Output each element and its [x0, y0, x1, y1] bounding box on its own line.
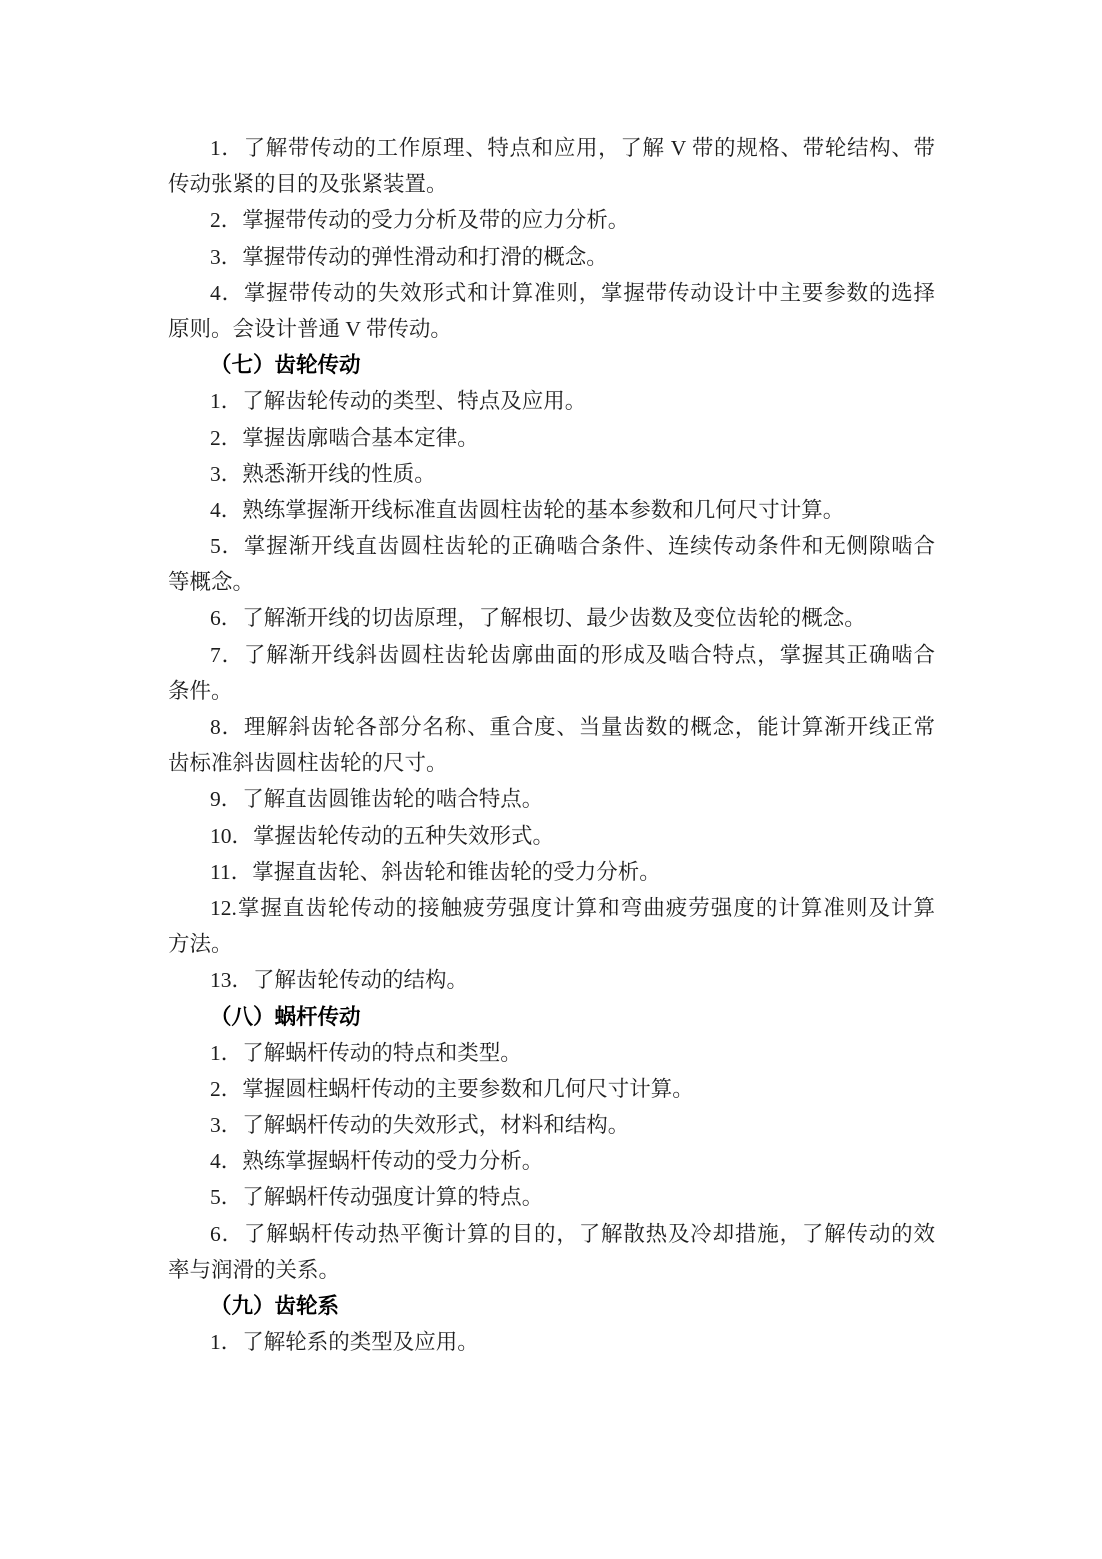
text-line: 6．了解蜗杆传动热平衡计算的目的，了解散热及冷却措施，了解传动的效	[168, 1216, 935, 1252]
document-body: 1．了解带传动的工作原理、特点和应用，了解 V 带的规格、带轮结构、带传动张紧的…	[168, 130, 935, 1360]
text-line: 2．掌握圆柱蜗杆传动的主要参数和几何尺寸计算。	[168, 1071, 935, 1107]
text-line: 7．了解渐开线斜齿圆柱齿轮齿廓曲面的形成及啮合特点，掌握其正确啮合	[168, 637, 935, 673]
text-line: 11．掌握直齿轮、斜齿轮和锥齿轮的受力分析。	[168, 854, 935, 890]
text-line: 1．了解齿轮传动的类型、特点及应用。	[168, 383, 935, 419]
text-line: 4．熟练掌握渐开线标准直齿圆柱齿轮的基本参数和几何尺寸计算。	[168, 492, 935, 528]
text-line: 2．掌握带传动的受力分析及带的应力分析。	[168, 202, 935, 238]
document-page: 1．了解带传动的工作原理、特点和应用，了解 V 带的规格、带轮结构、带传动张紧的…	[0, 0, 1102, 1559]
text-line: 6．了解渐开线的切齿原理，了解根切、最少齿数及变位齿轮的概念。	[168, 600, 935, 636]
text-line: 4．熟练掌握蜗杆传动的受力分析。	[168, 1143, 935, 1179]
text-line: 3．了解蜗杆传动的失效形式，材料和结构。	[168, 1107, 935, 1143]
section-heading: （七）齿轮传动	[168, 347, 935, 383]
text-line: 率与润滑的关系。	[168, 1252, 935, 1288]
text-line: 9．了解直齿圆锥齿轮的啮合特点。	[168, 781, 935, 817]
text-line: 13．了解齿轮传动的结构。	[168, 962, 935, 998]
text-line: 原则。会设计普通 V 带传动。	[168, 311, 935, 347]
text-line: 8．理解斜齿轮各部分名称、重合度、当量齿数的概念，能计算渐开线正常	[168, 709, 935, 745]
text-line: 传动张紧的目的及张紧装置。	[168, 166, 935, 202]
text-line: 1．了解蜗杆传动的特点和类型。	[168, 1035, 935, 1071]
text-line: 方法。	[168, 926, 935, 962]
text-line: 1．了解带传动的工作原理、特点和应用，了解 V 带的规格、带轮结构、带	[168, 130, 935, 166]
text-line: 5．了解蜗杆传动强度计算的特点。	[168, 1179, 935, 1215]
text-line: 10．掌握齿轮传动的五种失效形式。	[168, 818, 935, 854]
text-line: 1．了解轮系的类型及应用。	[168, 1324, 935, 1360]
section-heading: （八）蜗杆传动	[168, 999, 935, 1035]
text-line: 5．掌握渐开线直齿圆柱齿轮的正确啮合条件、连续传动条件和无侧隙啮合	[168, 528, 935, 564]
text-line: 条件。	[168, 673, 935, 709]
text-line: 12.掌握直齿轮传动的接触疲劳强度计算和弯曲疲劳强度的计算准则及计算	[168, 890, 935, 926]
section-heading: （九）齿轮系	[168, 1288, 935, 1324]
text-line: 齿标准斜齿圆柱齿轮的尺寸。	[168, 745, 935, 781]
text-line: 等概念。	[168, 564, 935, 600]
text-line: 3．熟悉渐开线的性质。	[168, 456, 935, 492]
text-line: 2．掌握齿廓啮合基本定律。	[168, 420, 935, 456]
text-line: 3．掌握带传动的弹性滑动和打滑的概念。	[168, 239, 935, 275]
text-line: 4．掌握带传动的失效形式和计算准则，掌握带传动设计中主要参数的选择	[168, 275, 935, 311]
